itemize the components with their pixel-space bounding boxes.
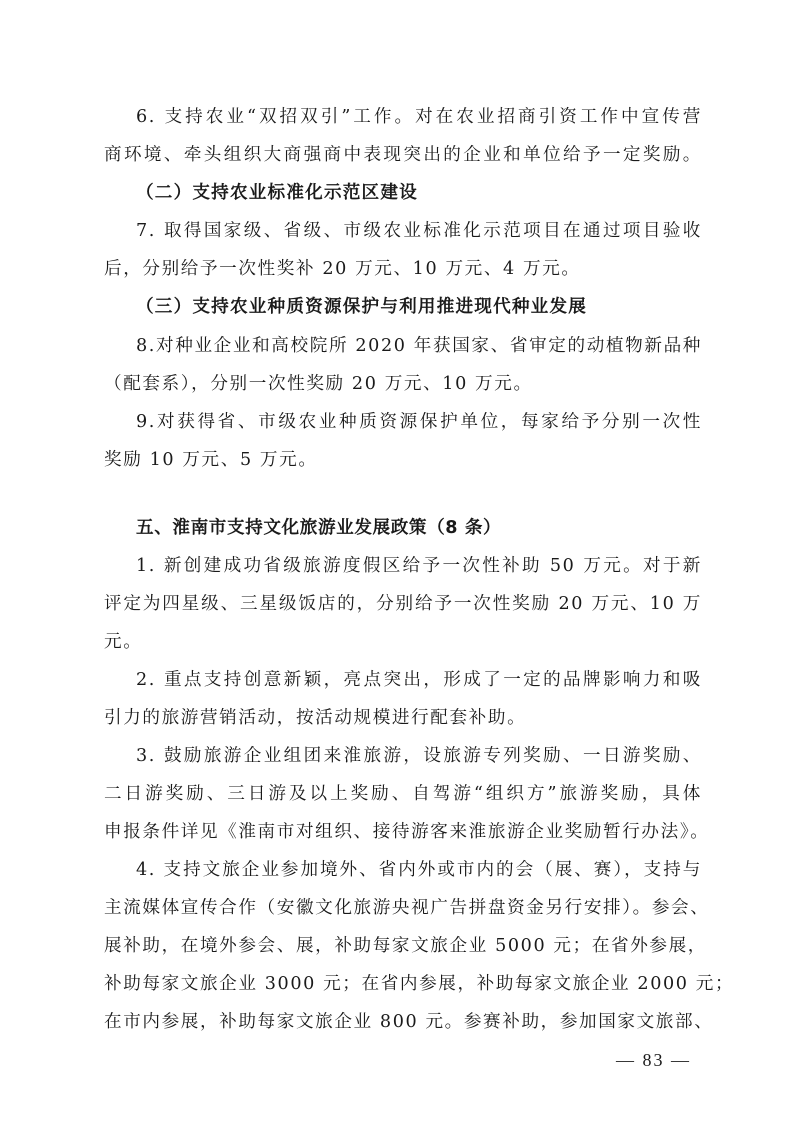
subheading-2: （二）支持农业标准化示范区建设 xyxy=(136,181,734,205)
tourism-item-4-line-3: 展补助，在境外参会、展，补助每家文旅企业 5000 元；在省外参展， xyxy=(104,934,702,958)
tourism-item-1-line-3: 元。 xyxy=(104,630,702,654)
page-number: — 83 — xyxy=(616,1049,691,1071)
item-6-line-1: 6. 支持农业“双招双引”工作。对在农业招商引资工作中宣传营 xyxy=(136,105,702,129)
section-heading-5: 五、淮南市支持文化旅游业发展政策（8 条） xyxy=(136,516,734,540)
item-7-line-1: 7. 取得国家级、省级、市级农业标准化示范项目在通过项目验收 xyxy=(136,219,702,243)
item-9-line-1: 9.对获得省、市级农业种质资源保护单位，每家给予分别一次性 xyxy=(136,410,702,434)
tourism-item-3-line-1: 3. 鼓励旅游企业组团来淮旅游，设旅游专列奖励、一日游奖励、 xyxy=(136,744,702,768)
tourism-item-1-line-2: 评定为四星级、三星级饭店的，分别给予一次性奖励 20 万元、10 万 xyxy=(104,592,702,616)
item-8-line-1: 8.对种业企业和高校院所 2020 年获国家、省审定的动植物新品种 xyxy=(136,334,702,358)
tourism-item-4-line-1: 4. 支持文旅企业参加境外、省内外或市内的会（展、赛），支持与 xyxy=(136,858,702,882)
tourism-item-4-line-4: 补助每家文旅企业 3000 元；在省内参展，补助每家文旅企业 2000 元； xyxy=(104,972,702,996)
document-page: 6. 支持农业“双招双引”工作。对在农业招商引资工作中宣传营 商环境、牵头组织大… xyxy=(0,0,793,1122)
tourism-item-2-line-1: 2. 重点支持创意新颖，亮点突出，形成了一定的品牌影响力和吸 xyxy=(136,668,702,692)
item-8-line-2: （配套系），分别一次性奖励 20 万元、10 万元。 xyxy=(104,372,702,396)
subheading-3: （三）支持农业种质资源保护与利用推进现代种业发展 xyxy=(136,295,734,319)
tourism-item-3-line-3: 申报条件详见《淮南市对组织、接待游客来淮旅游企业奖励暂行办法》。 xyxy=(104,820,702,844)
tourism-item-2-line-2: 引力的旅游营销活动，按活动规模进行配套补助。 xyxy=(104,706,702,730)
item-6-line-2: 商环境、牵头组织大商强商中表现突出的企业和单位给予一定奖励。 xyxy=(104,143,702,167)
item-9-line-2: 奖励 10 万元、5 万元。 xyxy=(104,448,702,472)
tourism-item-4-line-5: 在市内参展，补助每家文旅企业 800 元。参赛补助，参加国家文旅部、 xyxy=(104,1010,702,1034)
item-7-line-2: 后，分别给予一次性奖补 20 万元、10 万元、4 万元。 xyxy=(104,257,702,281)
tourism-item-1-line-1: 1. 新创建成功省级旅游度假区给予一次性补助 50 万元。对于新 xyxy=(136,554,702,578)
tourism-item-3-line-2: 二日游奖励、三日游及以上奖励、自驾游“组织方”旅游奖励，具体 xyxy=(104,782,702,806)
tourism-item-4-line-2: 主流媒体宣传合作（安徽文化旅游央视广告拼盘资金另行安排）。参会、 xyxy=(104,896,702,920)
